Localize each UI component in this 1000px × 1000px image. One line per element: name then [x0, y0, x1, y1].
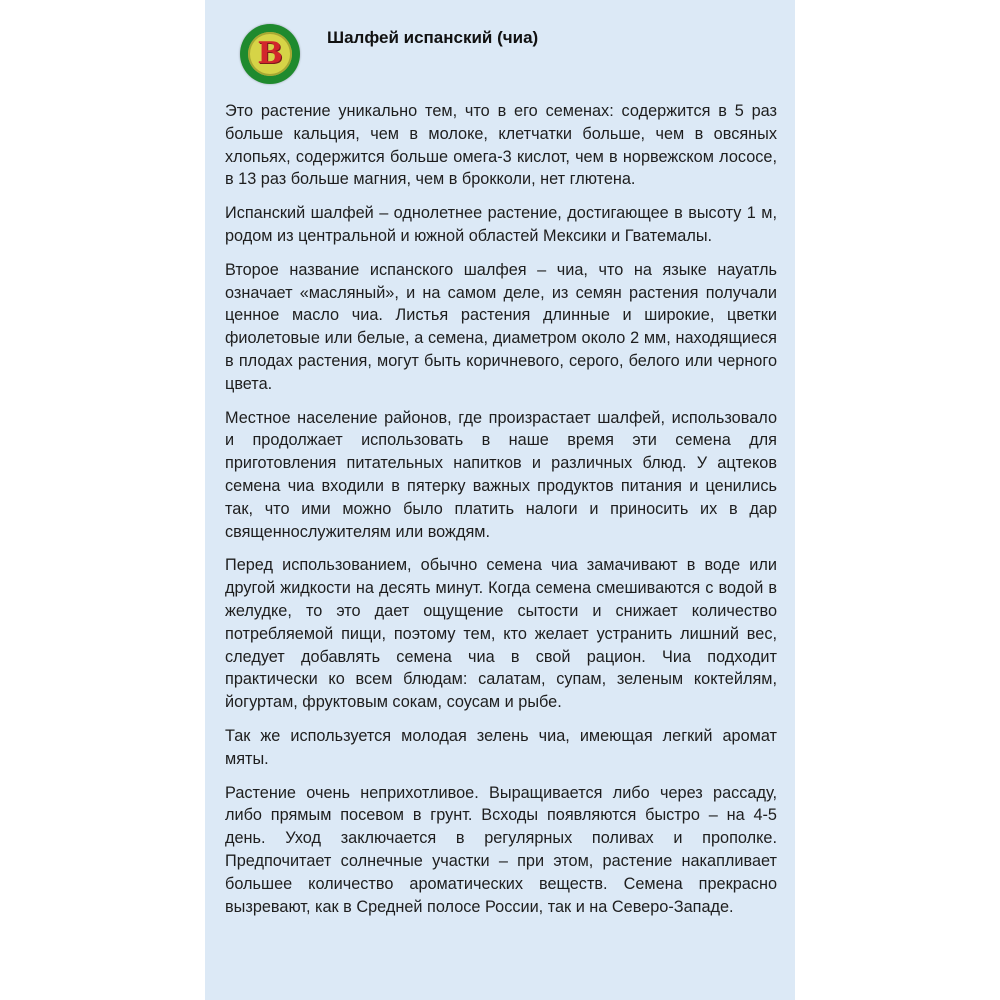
page-title: Шалфей испанский (чиа) [327, 28, 538, 48]
paragraph-history: Местное население районов, где произраст… [225, 407, 777, 544]
brand-logo-icon: B [240, 24, 300, 84]
logo-letter: B [248, 32, 292, 76]
logo-emblem: B [248, 32, 292, 76]
paragraph-greens: Так же используется молодая зелень чиа, … [225, 725, 777, 771]
article-body: Это растение уникально тем, что в его се… [225, 100, 777, 929]
paragraph-name-description: Второе название испанского шалфея – чиа,… [225, 259, 777, 396]
paragraph-usage: Перед использованием, обычно семена чиа … [225, 554, 777, 714]
paragraph-cultivation: Растение очень неприхотливое. Выращивает… [225, 782, 777, 919]
paragraph-plant-origin: Испанский шалфей – однолетнее растение, … [225, 202, 777, 248]
paragraph-seed-nutrition: Это растение уникально тем, что в его се… [225, 100, 777, 191]
document-page: B Шалфей испанский (чиа) Это растение ун… [205, 0, 795, 1000]
